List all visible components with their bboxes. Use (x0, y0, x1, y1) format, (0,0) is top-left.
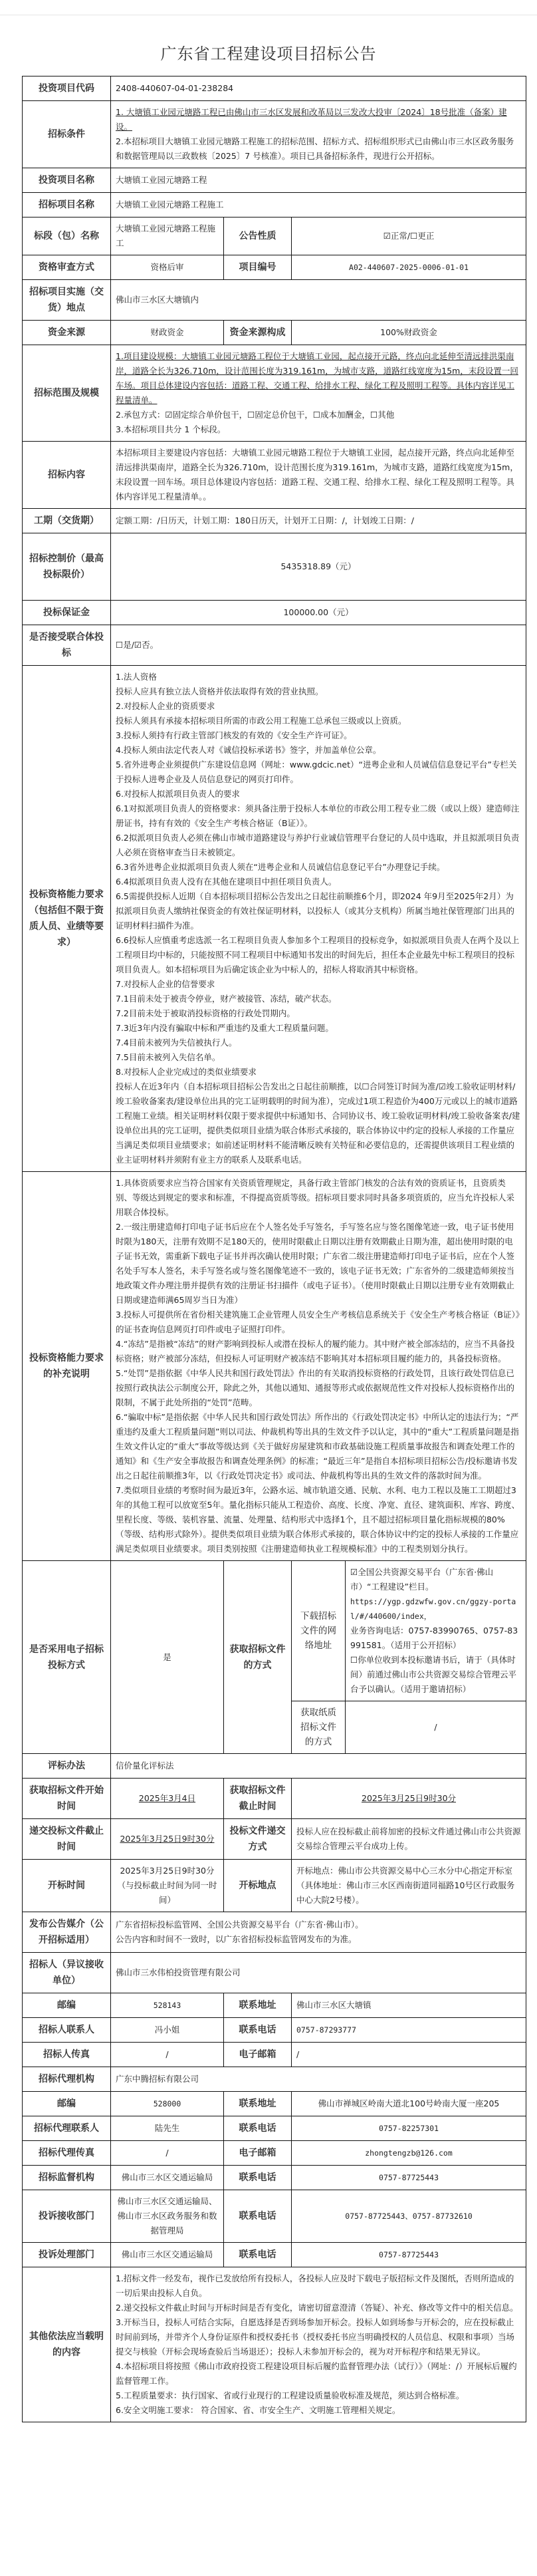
label: 招标人（异议接收单位） (23, 1953, 111, 1993)
label: 招标内容 (23, 442, 111, 509)
control-price-value: 5435318.89（元） (111, 533, 526, 601)
evaluation-value: 信价量化评标法 (111, 1754, 526, 1779)
req-line: 6.3省外进粤企业拟派项目负责人须在“进粤企业和人员诚信信息登记平台”办理登记手… (116, 860, 521, 875)
label: 联系电话 (224, 2243, 292, 2267)
req-line: 3.投标人须持有行政主管部门核发的有效的《安全生产许可证》。 (116, 728, 521, 743)
row-control-price: 招标控制价（最高投标限价） 5435318.89（元） (23, 533, 526, 601)
notice-table: 投资项目代码 2408-440607-04-01-238284 招标条件 1. … (22, 76, 526, 2422)
req-line: 1.法人资格 (116, 670, 521, 684)
row-tender-name: 招标项目名称 大塘镇工业园元塘路工程施工 (23, 193, 526, 217)
tender-name-value: 大塘镇工业园元塘路工程施工 (111, 193, 526, 217)
req-line: 投标人应具有独立法人资格并依法取得有效的营业执照。 (116, 684, 521, 699)
label: 项目编号 (224, 255, 292, 280)
label: 电子邮箱 (224, 2043, 292, 2067)
media-line-1: 广东省招标投标监管网、全国公共资源交易平台（广东省·佛山市）。 (116, 1918, 521, 1932)
row-agency-contact: 招标代理联系人 陆先生 联系电话 0757-82257301 (23, 2116, 526, 2141)
req-line: 7.5目前未被列入失信名单。 (116, 1050, 521, 1065)
row-scope: 招标范围及规模 1.项目建设规模：大塘镇工业园元塘路工程位于大塘镇工业园，起点接… (23, 345, 526, 442)
agency-email-link[interactable]: zhongtengzb@126.com (292, 2141, 526, 2166)
label: 获取招标文件开始时间 (23, 1779, 111, 1819)
sup-line: 1.具体资质要求应当符合国家有关资质管理规定，具备行政主管部门核发的合法有效的资… (116, 1176, 521, 1220)
label: 工期（交货期） (23, 509, 111, 533)
row-opening: 开标时间 2025年3月25日9时30分（与投标截止时间为同一时间） 开标地点 … (23, 1860, 526, 1912)
supervisor-value: 佛山市三水区交通运输局 (111, 2166, 224, 2190)
agency-fax: / (111, 2141, 224, 2166)
label: 招标范围及规模 (23, 345, 111, 442)
row-complaint-receive: 投诉接收部门 佛山市三水区交通运输局、佛山市三水区政务服务和数据管理局 联系电话… (23, 2190, 526, 2243)
complaint-handle-phone: 0757-87725443 (292, 2243, 526, 2267)
page-title: 广东省工程建设项目招标公告 (0, 41, 537, 64)
submit-method: 投标人应在投标截止前将加密的投标文件通过佛山市公共资源交易综合管理云平台成功上传… (292, 1819, 526, 1860)
tenderer-email: / (292, 2043, 526, 2067)
row-doc-time: 获取招标文件开始时间 2025年3月4日 获取招标文件截止时间 2025年3月2… (23, 1779, 526, 1819)
label: 投标保证金 (23, 601, 111, 625)
row-deposit: 投标保证金 100000.00（元） (23, 601, 526, 625)
complaint-handle-value: 佛山市三水区交通运输局 (111, 2243, 224, 2267)
scope-line-2: 2.承包方式：☑固定综合单价包干，☐固定总价包干，☐成本加酬金，☐其他 (116, 408, 521, 422)
location-value: 佛山市三水区大塘镇内 (111, 280, 526, 321)
label: 开标时间 (23, 1860, 111, 1912)
sup-line: 6.“骗取中标”是指依据《中华人民共和国行政处罚法》所作出的《行政处罚决定书》中… (116, 1410, 521, 1483)
consortium-checkbox: ☐是/☑否。 (111, 625, 526, 666)
label: 是否采用电子招标投标方式 (23, 1561, 111, 1754)
label: 标段（包）名称 (23, 217, 111, 255)
label: 招标代理机构 (23, 2067, 111, 2092)
sup-line: 4.“冻结”是指被“冻结”的财产影响到投标人或潜在投标人的履约能力。其中财产被全… (116, 1337, 521, 1366)
label: 其他依法应当载明的内容 (23, 2267, 111, 2422)
requirements-value: 1.法人资格 投标人应具有独立法人资格并依法取得有效的营业执照。 2.对投标人企… (111, 666, 526, 1172)
row-investment-code: 投资项目代码 2408-440607-04-01-238284 (23, 76, 526, 101)
download-line: ☐你单位收到本投标邀请书后，请于（具体时间）前通过佛山市公共资源交易综合管理云平… (350, 1653, 521, 1697)
investment-name-value: 大塘镇工业园元塘路工程 (111, 168, 526, 193)
complaint-receive-phone: 0757-87725443、0757-87732610 (292, 2190, 526, 2243)
row-requirements: 投标资格能力要求（包括但不限于资质人员、业绩等要求） 1.法人资格 投标人应具有… (23, 666, 526, 1172)
tenderer-value: 佛山市三水伟柏投资管理有限公司 (111, 1953, 526, 1993)
label: 邮编 (23, 1993, 111, 2018)
submit-deadline: 2025年3月25日9时30分 (111, 1819, 224, 1860)
scope-line-1: 1.项目建设规模：大塘镇工业园元塘路工程位于大塘镇工业园，起点接开元路，终点向北… (116, 349, 521, 408)
row-qualification: 资格审查方式 资格后审 项目编号 A02-440607-2025-0006-01… (23, 255, 526, 280)
agency-contact: 陆先生 (111, 2116, 224, 2141)
row-media: 发布公告媒介（公开招标适用） 广东省招标投标监管网、全国公共资源交易平台（广东省… (23, 1912, 526, 1953)
period-value: 定额工期：/日历天，计划工期：180日历天，计划开工日期：/，计划竣工日期：/ (111, 509, 526, 533)
row-evaluation: 评标办法 信价量化评标法 (23, 1754, 526, 1779)
sup-line: 2.一级注册建造师打印电子证书后应在个人签名处手写签名，手写签名应与签名图像笔迹… (116, 1220, 521, 1308)
agency-phone: 0757-82257301 (292, 2116, 526, 2141)
section-value: 大塘镇工业园元塘路工程施工 (111, 217, 224, 255)
doc-end-time: 2025年3月25日9时30分 (292, 1779, 526, 1819)
label: 投标资格能力要求（包括但不限于资质人员、业绩等要求） (23, 666, 111, 1172)
row-supplement: 投标资格能力要求的补充说明 1.具体资质要求应当符合国家有关资质管理规定，具备行… (23, 1172, 526, 1561)
label: 投标资格能力要求的补充说明 (23, 1172, 111, 1561)
req-line: 7.3近3年内没有骗取中标和严重违约及重大工程质量问题。 (116, 1021, 521, 1036)
row-complaint-handle: 投诉处理部门 佛山市三水区交通运输局 联系电话 0757-87725443 (23, 2243, 526, 2267)
funding-value: 财政资金 (111, 321, 224, 345)
row-tenderer-contact: 招标人联系人 冯小姐 联系电话 0757-87293777 (23, 2018, 526, 2043)
row-conditions: 招标条件 1. 大塘镇工业园元塘路工程已由佛山市三水区发展和改革局以三发改大投审… (23, 101, 526, 168)
notice-nature-checkbox: ☑正常/☐更正 (292, 217, 526, 255)
opening-place: 开标地点：佛山市公共资源交易中心三水分中心指定开标室（具体地址：佛山市三水区西南… (292, 1860, 526, 1912)
req-line: 5.省外进粤企业须提供广东建设信息网（网址：www.gdcic.net）“进粤企… (116, 758, 521, 787)
bottom-spacer (0, 2422, 537, 2462)
label: 联系电话 (224, 2116, 292, 2141)
row-investment-name: 投资项目名称 大塘镇工业园元塘路工程 (23, 168, 526, 193)
label: 递交投标文件截止时间 (23, 1819, 111, 1860)
req-line: 投标人在近3年内（自本招标项目招标公告发出之日起往前顺推，以☐合同签订时间为准/… (116, 1079, 521, 1167)
conditions-line-1: 1. 大塘镇工业园元塘路工程已由佛山市三水区发展和改革局以三发改大投审〔2024… (116, 105, 521, 134)
label: 是否接受联合体投标 (23, 625, 111, 666)
tenderer-address: 佛山市三水区大塘镇 (292, 1993, 526, 2018)
label: 投标文件递交方式 (224, 1819, 292, 1860)
req-line: 6.6投标人应慎重考虑选派一名工程项目负责人参加多个工程项目的投标竞争，如拟派项… (116, 933, 521, 977)
label: 招标代理传真 (23, 2141, 111, 2166)
label: 投诉处理部门 (23, 2243, 111, 2267)
supervisor-phone: 0757-87725443 (292, 2166, 526, 2190)
investment-code-value: 2408-440607-04-01-238284 (111, 76, 526, 101)
req-line: 2.对投标人企业的资质要求 (116, 699, 521, 714)
row-supervisor: 招标监督机构 佛山市三水区交通运输局 联系电话 0757-87725443 (23, 2166, 526, 2190)
label: 电子邮箱 (224, 2141, 292, 2166)
row-agency-fax: 招标代理传真 / 电子邮箱 zhongtengzb@126.com (23, 2141, 526, 2166)
row-funding: 资金来源 财政资金 资金来源构成 100%财政资金 (23, 321, 526, 345)
row-other: 其他依法应当载明的内容 1.招标文件一经发布，视作已发放给所有投标人，各投标人应… (23, 2267, 526, 2422)
row-location: 招标项目实施（交货）地点 佛山市三水区大塘镇内 (23, 280, 526, 321)
sup-line: 3.投标人可提供所在省份相关建筑施工企业管理人员安全生产考核信息系统关于《安全生… (116, 1308, 521, 1337)
row-agency: 招标代理机构 广东中腾招标有限公司 (23, 2067, 526, 2092)
row-content: 招标内容 本招标项目主要建设内容包括：大塘镇工业园元塘路工程位于大塘镇工业园，起… (23, 442, 526, 509)
label: 投资项目名称 (23, 168, 111, 193)
media-line-2: 公告内容和时间不一致时，以广东省招标投标监管网发布的为准。 (116, 1932, 521, 1947)
other-line: 5.工程质量要求：执行国家、省或行业现行的工程建设质量验收标准及规范，须达到合格… (116, 2388, 521, 2403)
label: 招标项目名称 (23, 193, 111, 217)
tenderer-contact: 冯小姐 (111, 2018, 224, 2043)
label: 联系地址 (224, 2092, 292, 2116)
tenderer-phone: 0757-87293777 (292, 2018, 526, 2043)
sup-line: 7.类似项目业绩的考察时间为最近3年，公路水运、城市轨道交通、民航、水利、电力工… (116, 1483, 521, 1556)
qualification-value: 资格后审 (111, 255, 224, 280)
label: 招标条件 (23, 101, 111, 168)
row-agency-post: 邮编 528000 联系地址 佛山市禅城区岭南大道北100号岭南大厦一座205 (23, 2092, 526, 2116)
label: 资格审查方式 (23, 255, 111, 280)
other-value: 1.招标文件一经发布，视作已发放给所有投标人，各投标人应及时下载电子版招标文件及… (111, 2267, 526, 2422)
label: 发布公告媒介（公开招标适用） (23, 1912, 111, 1953)
other-line: 2.递交投标文件截止时间与开标时间是否有变化，请密切留意澄清（答疑）、补充、修改… (116, 2301, 521, 2315)
agency-address: 佛山市禅城区岭南大道北100号岭南大厦一座205 (292, 2092, 526, 2116)
label: 招标人传真 (23, 2043, 111, 2067)
row-period: 工期（交货期） 定额工期：/日历天，计划工期：180日历天，计划开工日期：/，计… (23, 509, 526, 533)
label: 招标控制价（最高投标限价） (23, 533, 111, 601)
row-section: 标段（包）名称 大塘镇工业园元塘路工程施工 公告性质 ☑正常/☐更正 (23, 217, 526, 255)
label: 招标代理联系人 (23, 2116, 111, 2141)
label: 联系地址 (224, 1993, 292, 2018)
label: 资金来源构成 (224, 321, 292, 345)
download-address-label: 下载招标文件的网络地址 (292, 1561, 346, 1701)
row-consortium: 是否接受联合体投标 ☐是/☑否。 (23, 625, 526, 666)
label: 招标项目实施（交货）地点 (23, 280, 111, 321)
req-line: 6.1对拟派项目负责人的资格要求：须具备注册于投标人本单位的市政公用工程专业二级… (116, 801, 521, 831)
supplement-value: 1.具体资质要求应当符合国家有关资质管理规定，具备行政主管部门核发的合法有效的资… (111, 1172, 526, 1561)
req-line: 投标人须具有承接本招标项目所需的市政公用工程施工总承包三级或以上资质。 (116, 714, 521, 728)
other-line: 3.开标当日，投标人可结合实际，自愿选择是否到场参加开标会。投标人如到场参与开标… (116, 2315, 521, 2359)
label: 投资项目代码 (23, 76, 111, 101)
req-line: 8.对投标人企业完成过的类似业绩要求 (116, 1065, 521, 1079)
sup-line: 5.“处罚”是指依据《中华人民共和国行政处罚法》作出的有关取消投标资格的行政处罚… (116, 1366, 521, 1410)
row-tenderer-fax: 招标人传真 / 电子邮箱 / (23, 2043, 526, 2067)
download-line: ☑全国公共资源交易平台（广东省·佛山市）“工程建设”栏目。 (350, 1565, 521, 1594)
electronic-value: 是 (111, 1561, 224, 1754)
scope-line-3: 3.本招标项目共分 1 个标段。 (116, 422, 521, 437)
row-submit: 递交投标文件截止时间 2025年3月25日9时30分 投标文件递交方式 投标人应… (23, 1819, 526, 1860)
scope-value: 1.项目建设规模：大塘镇工业园元塘路工程位于大塘镇工业园，起点接开元路，终点向北… (111, 345, 526, 442)
label: 开标地点 (224, 1860, 292, 1912)
agency-value: 广东中腾招标有限公司 (111, 2067, 526, 2092)
complaint-receive-value: 佛山市三水区交通运输局、佛山市三水区政务服务和数据管理局 (111, 2190, 224, 2243)
req-line: 6.2拟派项目负责人必须在佛山市城市道路建设与养护行业诚信管理平台登记的人员中选… (116, 831, 521, 860)
label: 资金来源 (23, 321, 111, 345)
row-tenderer: 招标人（异议接收单位） 佛山市三水伟柏投资管理有限公司 (23, 1953, 526, 1993)
paper-docs-label: 获取纸质招标文件的方式 (292, 1701, 346, 1754)
doc-start-time: 2025年3月4日 (111, 1779, 224, 1819)
label: 邮编 (23, 2092, 111, 2116)
top-divider (0, 0, 537, 15)
funding-structure-value: 100%财政资金 (292, 321, 526, 345)
download-url-link[interactable]: https://ygp.gdzwfw.gov.cn/ggzy-portal/#/… (350, 1594, 521, 1624)
req-line: 7.4目前未被列为失信被执行人。 (116, 1036, 521, 1050)
tenderer-postcode: 528143 (111, 1993, 224, 2018)
req-line: 6.5需提供投标人近期（自本招标项目招标公告发出之日起往前顺推6个月，即2024… (116, 889, 521, 933)
download-line: 业务咨询电话：0757-83990765、0757-83991581。（适用于公… (350, 1624, 521, 1653)
other-line: 6.安全文明施工要求： 符合国家、省、市安全生产、文明施工管理相关规定。 (116, 2403, 521, 2418)
project-number: A02-440607-2025-0006-01-01 (292, 255, 526, 280)
tenderer-fax: / (111, 2043, 224, 2067)
label: 联系电话 (224, 2166, 292, 2190)
conditions-line-2: 2.本招标项目大塘镇工业园元塘路工程施工的招标范围、招标方式、招标组织形式已由佛… (116, 134, 521, 164)
label: 联系电话 (224, 2018, 292, 2043)
req-line: 4.投标人须由法定代表人对《诚信投标承诺书》签字，并加盖单位公章。 (116, 743, 521, 758)
paper-docs-value: / (346, 1701, 526, 1754)
req-line: 6.对投标人拟派项目负责人的要求 (116, 787, 521, 801)
download-address-value: ☑全国公共资源交易平台（广东省·佛山市）“工程建设”栏目。 https://yg… (346, 1561, 526, 1701)
label: 获取招标文件的方式 (224, 1561, 292, 1754)
other-line: 4.本招标项目将按照《佛山市政府投资工程建设项目标后履约监督管理办法（试行）》（… (116, 2359, 521, 2388)
opening-time: 2025年3月25日9时30分（与投标截止时间为同一时间） (111, 1860, 224, 1912)
row-tenderer-post: 邮编 528143 联系地址 佛山市三水区大塘镇 (23, 1993, 526, 2018)
label: 投诉接收部门 (23, 2190, 111, 2243)
media-value: 广东省招标投标监管网、全国公共资源交易平台（广东省·佛山市）。 公告内容和时间不… (111, 1912, 526, 1953)
label: 招标监督机构 (23, 2166, 111, 2190)
agency-postcode: 528000 (111, 2092, 224, 2116)
label: 联系电话 (224, 2190, 292, 2243)
other-line: 1.招标文件一经发布，视作已发放给所有投标人，各投标人应及时下载电子版招标文件及… (116, 2271, 521, 2301)
req-line: 6.4拟派项目负责人没有在其他在建项目中担任项目负责人。 (116, 875, 521, 889)
label: 获取招标文件截止时间 (224, 1779, 292, 1819)
deposit-value: 100000.00（元） (111, 601, 526, 625)
label: 公告性质 (224, 217, 292, 255)
req-line: 7.1目前未处于被责令停业，财产被接管、冻结，破产状态。 (116, 992, 521, 1006)
conditions-value: 1. 大塘镇工业园元塘路工程已由佛山市三水区发展和改革局以三发改大投审〔2024… (111, 101, 526, 168)
content-value: 本招标项目主要建设内容包括：大塘镇工业园元塘路工程位于大塘镇工业园，起点接开元路… (111, 442, 526, 509)
row-electronic: 是否采用电子招标投标方式 是 获取招标文件的方式 下载招标文件的网络地址 ☑全国… (23, 1561, 526, 1701)
req-line: 7.2目前未处于被取消投标资格的行政处罚期内。 (116, 1006, 521, 1021)
label: 评标办法 (23, 1754, 111, 1779)
req-line: 7.对投标人企业的信誉要求 (116, 977, 521, 992)
label: 招标人联系人 (23, 2018, 111, 2043)
